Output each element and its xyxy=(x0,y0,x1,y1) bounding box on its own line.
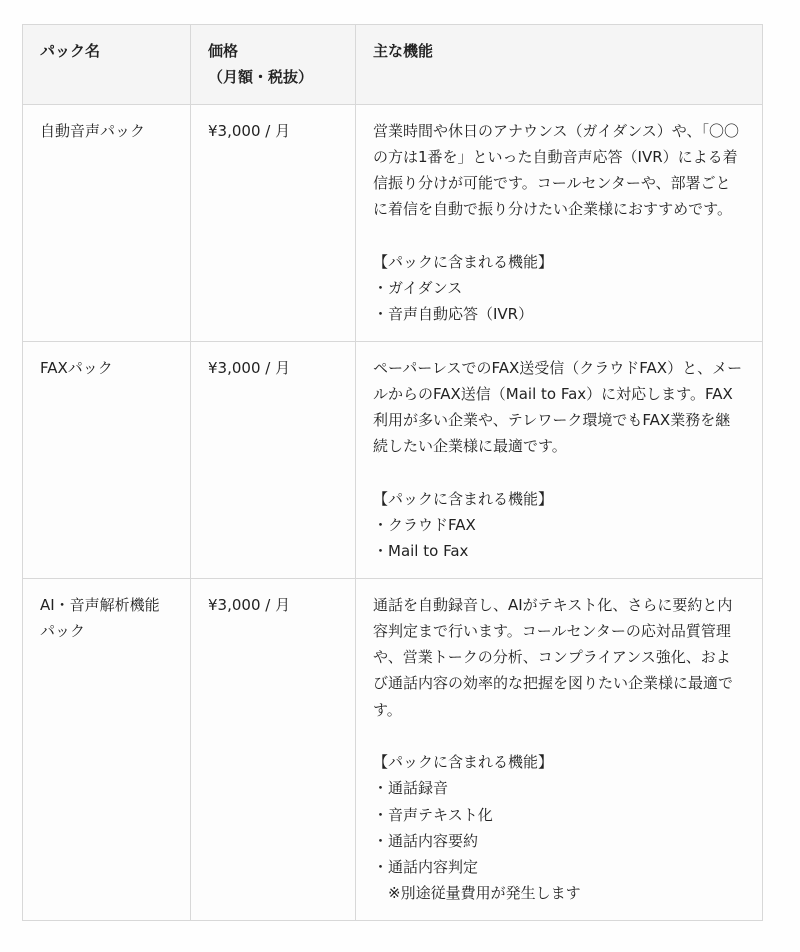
header-row: パック名 価格 （月額・税抜） 主な機能 xyxy=(23,25,763,105)
pricing-table: パック名 価格 （月額・税抜） 主な機能 自動音声パック ¥3,000 / 月 … xyxy=(22,24,763,921)
features-cell: ペーパーレスでのFAX送受信（クラウドFAX）と、メールからのFAX送信（Mai… xyxy=(356,341,763,578)
pack-name-cell: AI・音声解析機能パック xyxy=(23,578,191,920)
table-row: 自動音声パック ¥3,000 / 月 営業時間や休日のアナウンス（ガイダンス）や… xyxy=(23,104,763,341)
pack-name-cell: FAXパック xyxy=(23,341,191,578)
price-cell: ¥3,000 / 月 xyxy=(191,341,356,578)
pack-name-cell: 自動音声パック xyxy=(23,104,191,341)
table-row: AI・音声解析機能パック ¥3,000 / 月 通話を自動録音し、AIがテキスト… xyxy=(23,578,763,920)
features-cell: 通話を自動録音し、AIがテキスト化、さらに要約と内容判定まで行います。コールセン… xyxy=(356,578,763,920)
header-features: 主な機能 xyxy=(356,25,763,105)
header-price: 価格 （月額・税抜） xyxy=(191,25,356,105)
header-pack-name: パック名 xyxy=(23,25,191,105)
page: パック名 価格 （月額・税抜） 主な機能 自動音声パック ¥3,000 / 月 … xyxy=(0,0,800,952)
table-row: FAXパック ¥3,000 / 月 ペーパーレスでのFAX送受信（クラウドFAX… xyxy=(23,341,763,578)
price-cell: ¥3,000 / 月 xyxy=(191,104,356,341)
price-cell: ¥3,000 / 月 xyxy=(191,578,356,920)
features-cell: 営業時間や休日のアナウンス（ガイダンス）や、「〇〇の方は1番を」といった自動音声… xyxy=(356,104,763,341)
